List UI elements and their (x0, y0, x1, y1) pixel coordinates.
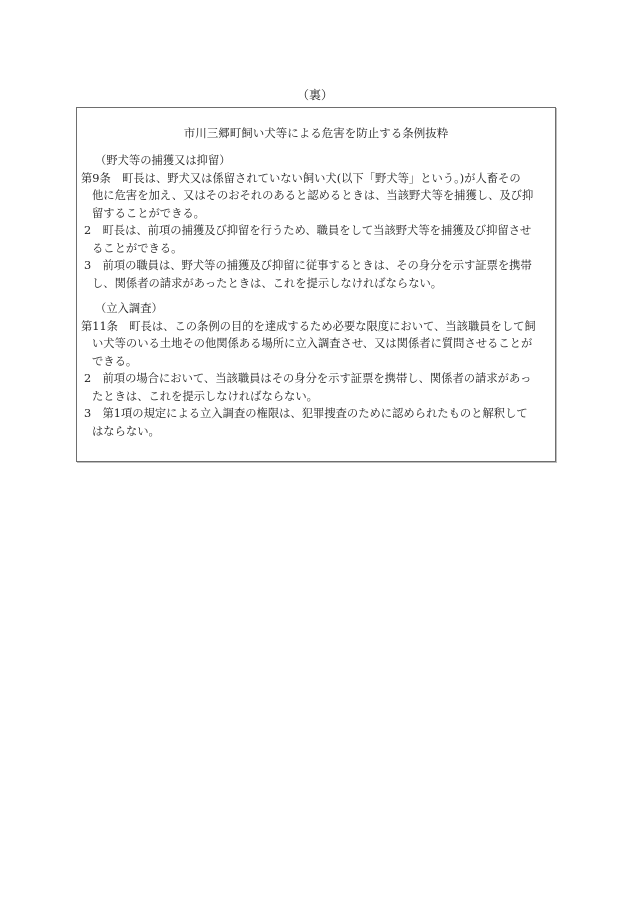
text-line: ることができる。 (81, 240, 547, 258)
text-line: はならない。 (81, 423, 547, 441)
excerpt-content: （野犬等の捕獲又は抑留） 第9条 町長は、野犬又は係留されていない飼い犬(以下「… (81, 152, 547, 440)
text-line: たときは、これを提示しなければならない。 (81, 388, 547, 406)
text-line: 2 町長は、前項の捕獲及び抑留を行うため、職員をして当該野犬等を捕獲及び抑留させ (81, 222, 547, 240)
article-9-paragraph-2: 2 町長は、前項の捕獲及び抑留を行うため、職員をして当該野犬等を捕獲及び抑留させ… (81, 222, 547, 257)
ordinance-excerpt-box: 市川三郷町飼い犬等による危害を防止する条例抜粋 （野犬等の捕獲又は抑留） 第9条… (76, 107, 556, 462)
section-heading: （野犬等の捕獲又は抑留） (81, 152, 547, 170)
text-line: できる。 (81, 353, 547, 371)
text-line: 第11条 町長は、この条例の目的を達成するため必要な限度において、当該職員をして… (81, 318, 547, 336)
article-11-paragraph-3: 3 第1項の規定による立入調査の権限は、犯罪捜査のために認められたものと解釈して… (81, 405, 547, 440)
text-line: 留することができる。 (81, 205, 547, 223)
text-line: 他に危害を加え、又はそのおそれのあると認めるときは、当該野犬等を捕獲し、及び抑 (81, 187, 547, 205)
section-on-site-inspection: （立入調査） 第11条 町長は、この条例の目的を達成するため必要な限度において、… (81, 300, 547, 440)
section-heading: （立入調査） (81, 300, 547, 318)
text-line: 2 前項の場合において、当該職員はその身分を示す証票を携帯し、関係者の請求があっ (81, 370, 547, 388)
article-11-paragraph-2: 2 前項の場合において、当該職員はその身分を示す証票を携帯し、関係者の請求があっ… (81, 370, 547, 405)
text-line: 3 前項の職員は、野犬等の捕獲及び抑留に従事するときは、その身分を示す証票を携帯 (81, 257, 547, 275)
text-line: い犬等のいる土地その他関係ある場所に立入調査させ、又は関係者に質問させることが (81, 335, 547, 353)
article-11: 第11条 町長は、この条例の目的を達成するため必要な限度において、当該職員をして… (81, 318, 547, 371)
article-9: 第9条 町長は、野犬又は係留されていない飼い犬(以下「野犬等」という。)が人畜そ… (81, 170, 547, 223)
excerpt-title: 市川三郷町飼い犬等による危害を防止する条例抜粋 (77, 125, 555, 141)
section-capture-detention: （野犬等の捕獲又は抑留） 第9条 町長は、野犬又は係留されていない飼い犬(以下「… (81, 152, 547, 292)
text-line: 3 第1項の規定による立入調査の権限は、犯罪捜査のために認められたものと解釈して (81, 405, 547, 423)
text-line: 第9条 町長は、野犬又は係留されていない飼い犬(以下「野犬等」という。)が人畜そ… (81, 170, 547, 188)
article-9-paragraph-3: 3 前項の職員は、野犬等の捕獲及び抑留に従事するときは、その身分を示す証票を携帯… (81, 257, 547, 292)
text-line: し、関係者の請求があったときは、これを提示しなければならない。 (81, 275, 547, 293)
page-side-label: （裏） (0, 86, 630, 103)
